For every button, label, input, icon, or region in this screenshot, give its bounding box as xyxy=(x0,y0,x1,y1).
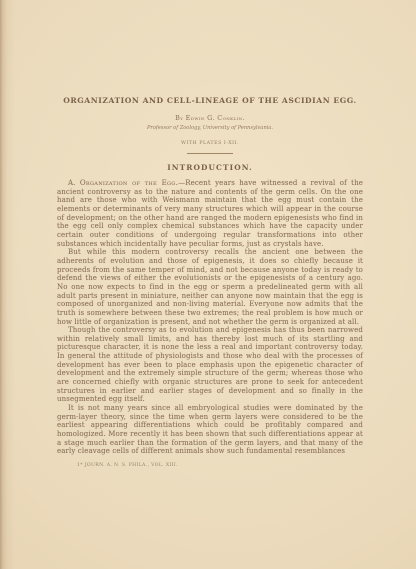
plates-note: WITH PLATES I-XII. xyxy=(57,141,363,146)
page-content: ORGANIZATION AND CELL-LINEAGE OF THE ASC… xyxy=(57,96,363,468)
scanned-page: ORGANIZATION AND CELL-LINEAGE OF THE ASC… xyxy=(0,0,416,569)
paragraph-3: Though the controversy as to evolution a… xyxy=(57,326,363,404)
paragraph-1-text: —Recent years have witnessed a revival o… xyxy=(57,179,363,248)
paper-title: ORGANIZATION AND CELL-LINEAGE OF THE ASC… xyxy=(57,96,363,105)
paragraph-1-lead: A. xyxy=(68,179,80,187)
divider-rule xyxy=(187,153,233,154)
section-heading: INTRODUCTION. xyxy=(57,163,363,172)
byline: By Edwin G. Conklin. xyxy=(57,114,363,122)
paragraph-2: But while this modern controversy recall… xyxy=(57,248,363,326)
paragraph-1-smallcaps-title: Organization of the Egg. xyxy=(80,179,178,187)
paragraph-4: It is not many years since all embryolog… xyxy=(57,404,363,456)
paragraph-1: A. Organization of the Egg.—Recent years… xyxy=(57,179,363,248)
signature-footnote: 1* JOURN. A. N. S. PHILA., VOL. XIII. xyxy=(57,463,363,468)
author-affiliation: Professor of Zoology, University of Penn… xyxy=(57,125,363,131)
